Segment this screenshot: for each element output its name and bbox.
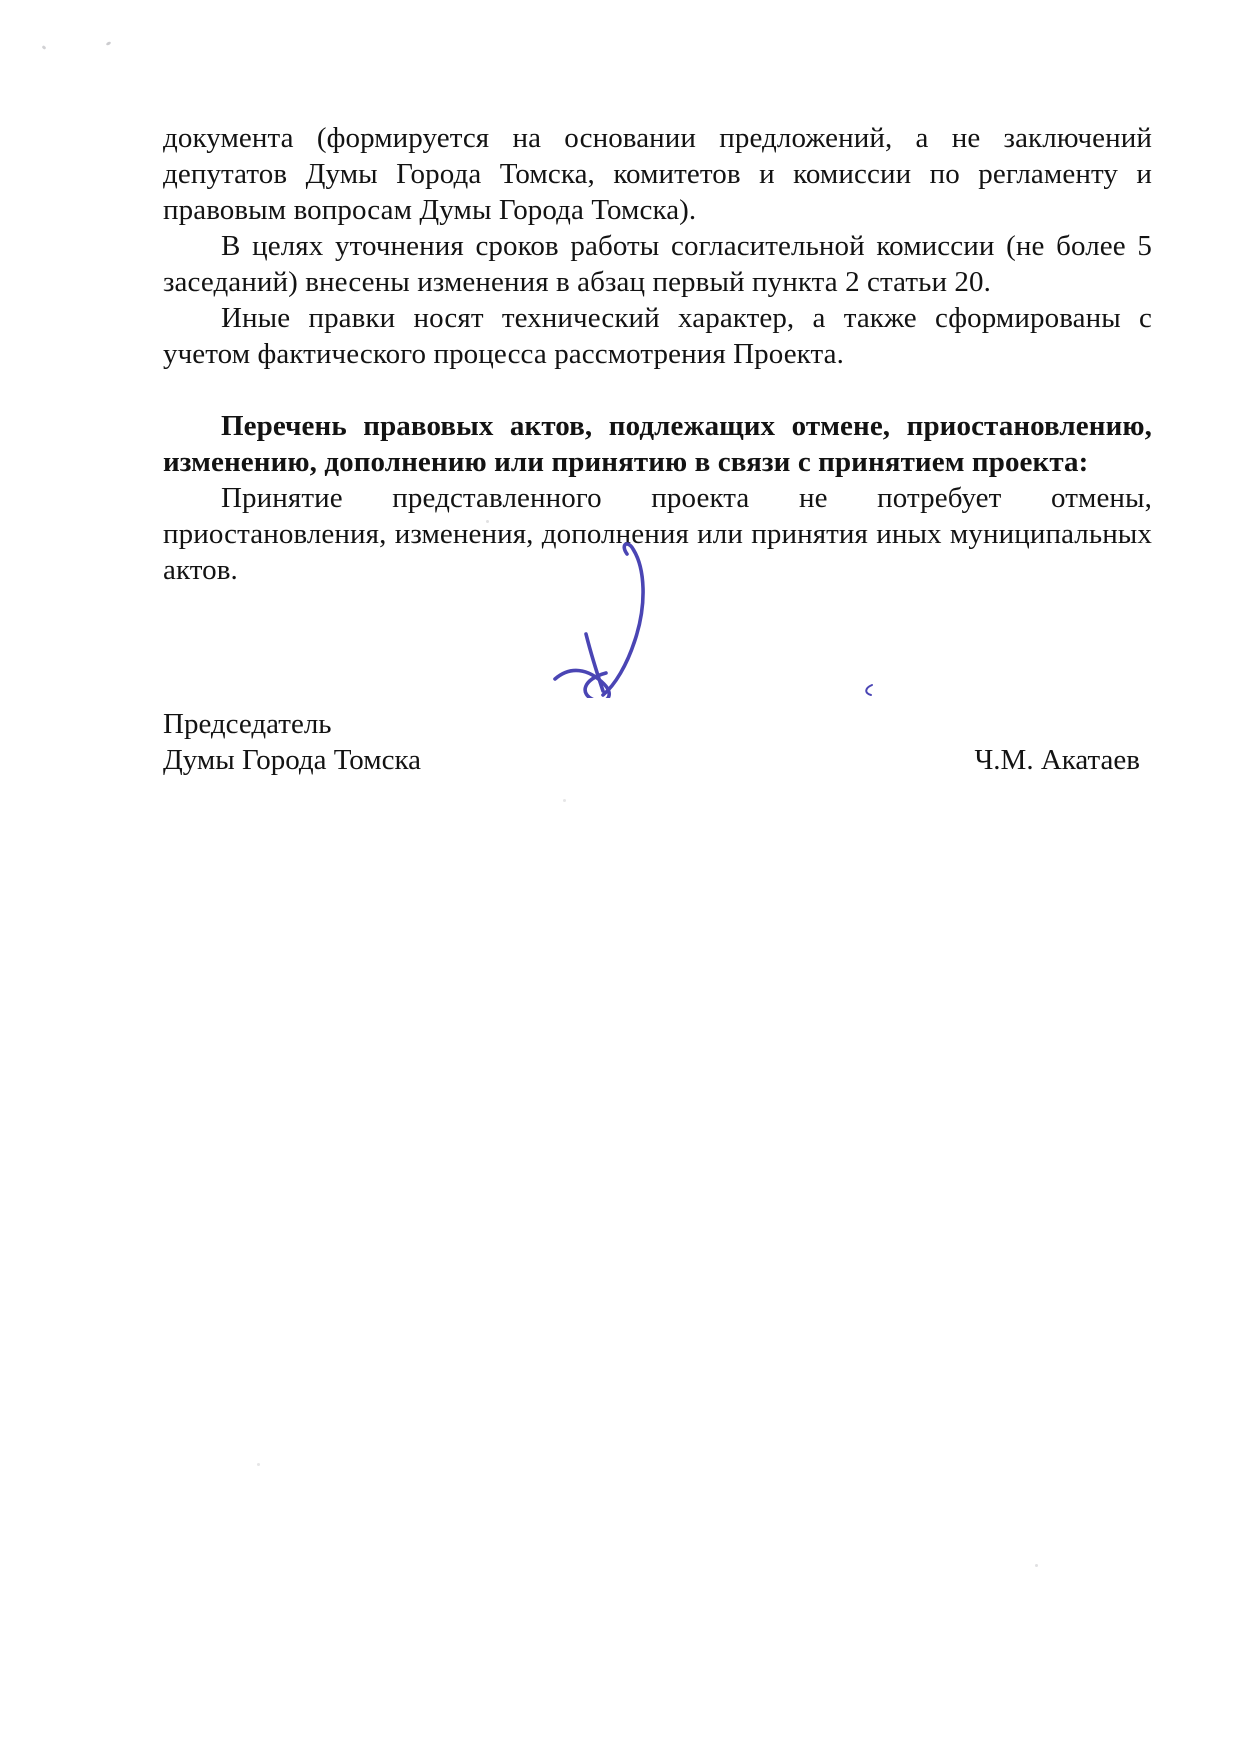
scan-speck: [1035, 1564, 1038, 1567]
signatory-position-line1: Председатель: [163, 706, 421, 742]
paragraph-continuation: документа (формируется на основании пред…: [163, 120, 1152, 228]
handwritten-signature: [548, 538, 678, 698]
paragraph-technical-edits: Иные правки носят технический характер, …: [163, 300, 1152, 372]
scan-speck: [106, 41, 112, 46]
signatory-position-line2: Думы Города Томска: [163, 742, 421, 778]
document-page: документа (формируется на основании пред…: [0, 0, 1240, 1753]
ink-mark: [858, 680, 880, 702]
signature-block: Председатель Думы Города Томска Ч.М. Ака…: [163, 706, 1152, 778]
section-heading-legal-acts: Перечень правовых актов, подлежащих отме…: [163, 408, 1152, 480]
scan-speck: [42, 45, 47, 50]
scan-speck: [257, 1463, 260, 1466]
scan-speck: [563, 799, 566, 802]
signatory-name: Ч.М. Акатаев: [974, 742, 1140, 778]
paragraph-deadlines: В целях уточнения сроков работы согласит…: [163, 228, 1152, 300]
signatory-position: Председатель Думы Города Томска: [163, 706, 421, 778]
